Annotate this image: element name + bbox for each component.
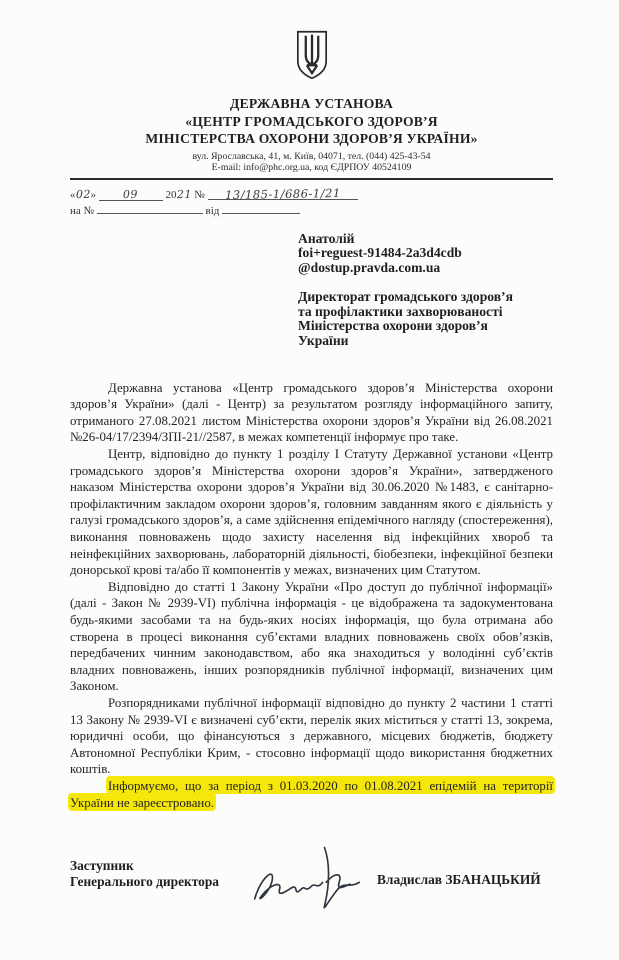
highlighted-answer-text: Інформуємо, що за період з 01.03.2020 по… bbox=[70, 779, 553, 810]
copy-recipient-line1: Директорат громадського здоров’я bbox=[298, 290, 553, 305]
letterhead bbox=[70, 30, 553, 85]
requester-email-line2: @dostup.pravda.com.ua bbox=[298, 261, 553, 276]
handwritten-outgoing-number: 13/185-1/686-1/21 bbox=[225, 186, 341, 200]
paragraph-statute: Центр, відповідно до пункту 1 розділу І … bbox=[70, 446, 553, 579]
paragraph-law-definition: Відповідно до статті 1 Закону України «П… bbox=[70, 579, 553, 695]
recipient-block: Анатолій foi+reguest-91484-2a3d4cdb @dos… bbox=[298, 232, 553, 349]
signer-title: Заступник Генерального директора bbox=[70, 858, 245, 890]
copy-recipient-block: Директорат громадського здоров’я та проф… bbox=[298, 290, 553, 348]
paragraph-answer-highlighted: Інформуємо, що за період з 01.03.2020 по… bbox=[70, 778, 553, 811]
handwritten-month: 09 bbox=[123, 188, 138, 200]
signature-block: Заступник Генерального директора Владисл… bbox=[70, 858, 559, 925]
org-name-line2: «ЦЕНТР ГРОМАДСЬКОГО ЗДОРОВ’Я bbox=[70, 113, 553, 131]
scanned-letter-page: ДЕРЖАВНА УСТАНОВА «ЦЕНТР ГРОМАДСЬКОГО ЗД… bbox=[0, 0, 619, 960]
requester-email-line1: foi+reguest-91484-2a3d4cdb bbox=[298, 246, 553, 261]
handwritten-signature-icon bbox=[247, 842, 367, 925]
handwritten-year: 21 bbox=[176, 188, 191, 200]
org-email-edrpou: E-mail: info@phc.org.ua, код ЄДРПОУ 4052… bbox=[70, 162, 553, 174]
signer-title-line2: Генерального директора bbox=[70, 874, 245, 890]
letter-body: Державна установа «Центр громадського зд… bbox=[70, 380, 553, 811]
year-prefix: 20 bbox=[166, 189, 177, 201]
incoming-number-row: на № від bbox=[70, 202, 553, 217]
number-label: № bbox=[194, 189, 205, 201]
reply-from-label: від bbox=[206, 205, 220, 217]
reply-number-blank bbox=[97, 202, 203, 214]
paragraph-intro: Державна установа «Центр громадського зд… bbox=[70, 380, 553, 446]
date-quote-open: « bbox=[70, 189, 76, 201]
date-quote-close: » bbox=[91, 189, 97, 201]
paragraph-information-holders: Розпорядниками публічної інформації відп… bbox=[70, 695, 553, 778]
handwritten-day: 02 bbox=[75, 188, 90, 200]
org-name-line1: ДЕРЖАВНА УСТАНОВА bbox=[70, 95, 553, 113]
organization-contact: вул. Ярославська, 41, м. Київ, 04071, те… bbox=[70, 151, 553, 174]
reference-block: «02» 09 2021 № 13/185-1/686-1/21 на № ві… bbox=[70, 188, 553, 217]
org-address: вул. Ярославська, 41, м. Київ, 04071, те… bbox=[70, 151, 553, 163]
ukraine-trident-icon bbox=[295, 30, 329, 80]
copy-recipient-line3: Міністерства охорони здоров’я bbox=[298, 319, 553, 334]
org-name-line3: МІНІСТЕРСТВА ОХОРОНИ ЗДОРОВ’Я УКРАЇНИ» bbox=[70, 130, 553, 148]
signer-name: Владислав ЗБАНАЦЬКИЙ bbox=[377, 872, 541, 888]
requester-block: Анатолій foi+reguest-91484-2a3d4cdb @dos… bbox=[298, 232, 553, 276]
reply-to-label: на № bbox=[70, 205, 94, 217]
copy-recipient-line2: та профілактики захворюваності bbox=[298, 305, 553, 320]
requester-name: Анатолій bbox=[298, 232, 553, 247]
reply-date-blank bbox=[222, 202, 300, 214]
outgoing-number-row: «02» 09 2021 № 13/185-1/686-1/21 bbox=[70, 188, 553, 201]
signer-title-line1: Заступник bbox=[70, 858, 245, 874]
number-blank: 13/185-1/686-1/21 bbox=[208, 188, 358, 200]
month-blank: 09 bbox=[99, 189, 163, 201]
copy-recipient-line4: України bbox=[298, 334, 553, 349]
organization-name: ДЕРЖАВНА УСТАНОВА «ЦЕНТР ГРОМАДСЬКОГО ЗД… bbox=[70, 95, 553, 148]
header-divider bbox=[70, 178, 553, 180]
